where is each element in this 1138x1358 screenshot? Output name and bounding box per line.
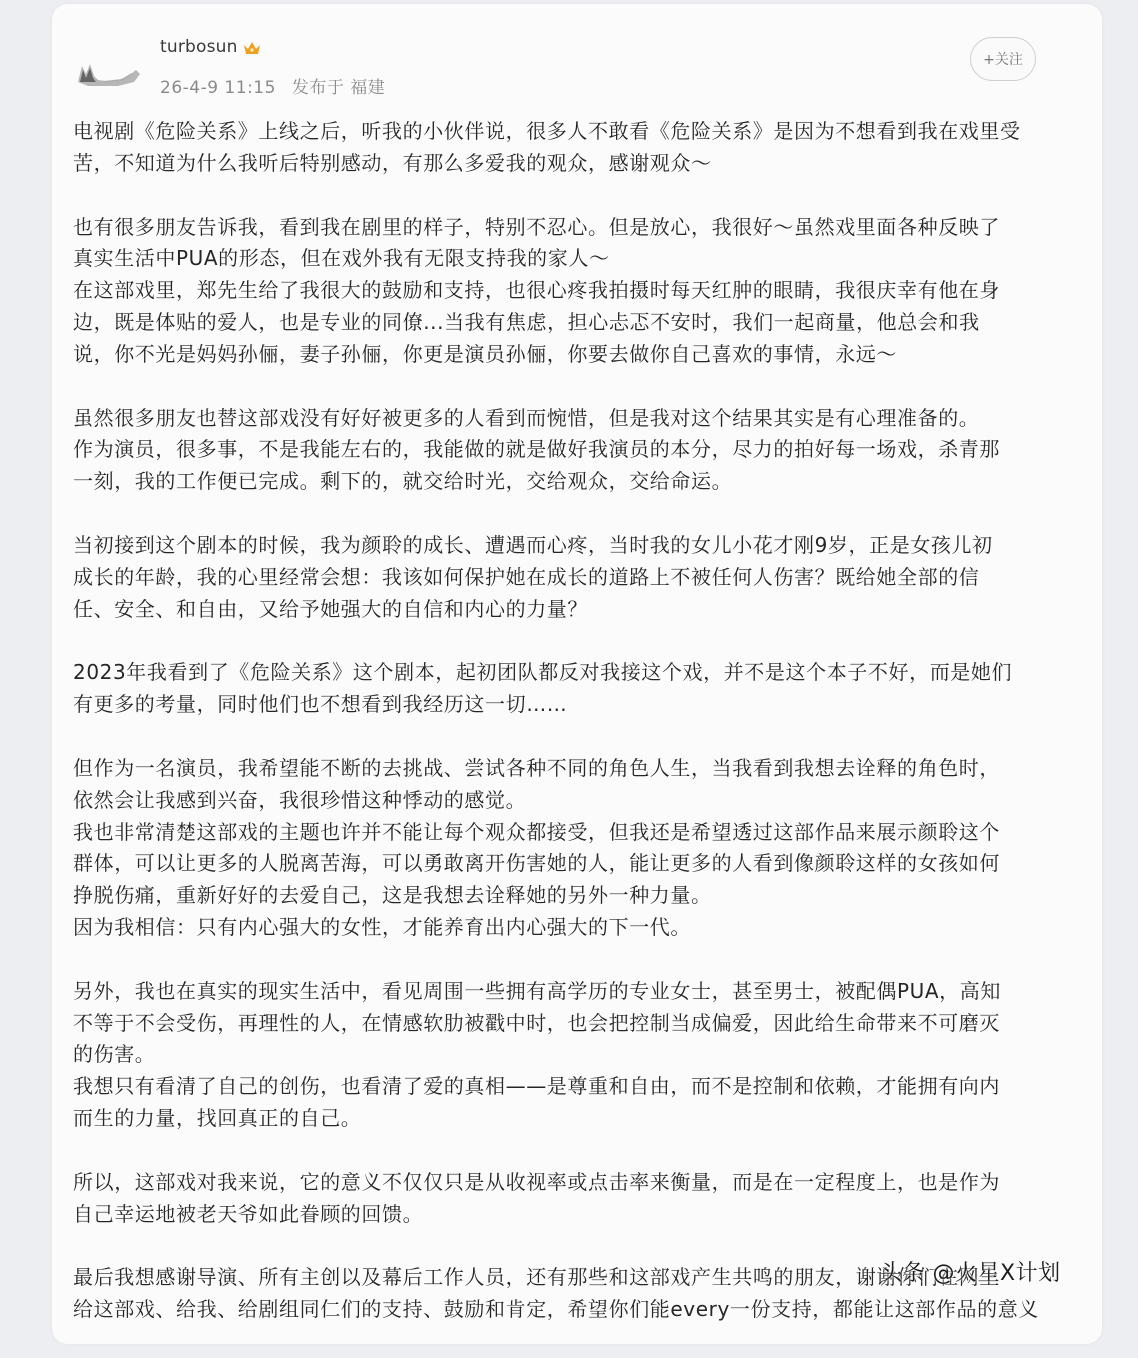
paragraph-line: 我也非常清楚这部戏的主题也许并不能让每个观众都接受，但我还是希望透过这部作品来展… <box>73 817 1073 849</box>
post-body: 电视剧《危险关系》上线之后，听我的小伙伴说，很多人不敢看《危险关系》是因为不想看… <box>73 116 1073 1312</box>
paragraph-line: 电视剧《危险关系》上线之后，听我的小伙伴说，很多人不敢看《危险关系》是因为不想看… <box>73 116 1073 148</box>
post-paragraph: 所以，这部戏对我来说，它的意义不仅仅只是从收视率或点击率来衡量，而是在一定程度上… <box>73 1167 1073 1231</box>
paragraph-line: 另外，我也在真实的现实生活中，看见周围一些拥有高学历的专业女士，甚至男士，被配偶… <box>73 976 1073 1008</box>
post-paragraph: 也有很多朋友告诉我，看到我在剧里的样子，特别不忍心。但是放心，我很好～虽然戏里面… <box>73 212 1073 371</box>
paragraph-line: 也有很多朋友告诉我，看到我在剧里的样子，特别不忍心。但是放心，我很好～虽然戏里面… <box>73 212 1073 244</box>
post-paragraph: 虽然很多朋友也替这部戏没有好好被更多的人看到而惋惜，但是我对这个结果其实是有心理… <box>73 403 1073 498</box>
paragraph-line: 而生的力量，找回真正的自己。 <box>73 1103 1073 1135</box>
paragraph-line: 真实生活中PUA的形态，但在戏外我有无限支持我的家人～ <box>73 243 1073 275</box>
paragraph-line: 给这部戏、给我、给剧组同仁们的支持、鼓励和肯定，希望你们能every一份支持，都… <box>73 1294 1073 1312</box>
post-timestamp: 26-4-9 11:15 <box>160 78 276 98</box>
paragraph-line: 依然会让我感到兴奋，我很珍惜这种悸动的感觉。 <box>73 785 1073 817</box>
paragraph-line: 自己幸运地被老天爷如此眷顾的回馈。 <box>73 1199 1073 1231</box>
paragraph-line: 所以，这部戏对我来说，它的意义不仅仅只是从收视率或点击率来衡量，而是在一定程度上… <box>73 1167 1073 1199</box>
author-username[interactable]: turbosun <box>160 37 238 57</box>
paragraph-line: 群体，可以让更多的人脱离苦海，可以勇敢离开伤害她的人，能让更多的人看到像颜聆这样… <box>73 848 1073 880</box>
paragraph-line: 苦，不知道为什么我听后特别感动，有那么多爱我的观众，感谢观众～ <box>73 148 1073 180</box>
post-meta: 26-4-9 11:15 发布于 福建 <box>160 73 395 98</box>
paragraph-line: 任、安全、和自由，又给予她强大的自信和内心的力量？ <box>73 594 1073 626</box>
paragraph-line: 成长的年龄，我的心里经常会想：我该如何保护她在成长的道路上不被任何人伤害？既给她… <box>73 562 1073 594</box>
paragraph-line: 有更多的考量，同时他们也不想看到我经历这一切…… <box>73 689 1073 721</box>
paragraph-line: 虽然很多朋友也替这部戏没有好好被更多的人看到而惋惜，但是我对这个结果其实是有心理… <box>73 403 1073 435</box>
author-name[interactable]: turbosun <box>160 37 261 57</box>
paragraph-line: 不等于不会受伤，再理性的人，在情感软肋被戳中时，也会把控制当成偏爱，因此给生命带… <box>73 1008 1073 1040</box>
avatar-image-icon <box>74 56 142 88</box>
post-paragraph: 电视剧《危险关系》上线之后，听我的小伙伴说，很多人不敢看《危险关系》是因为不想看… <box>73 116 1073 180</box>
paragraph-line: 在这部戏里，郑先生给了我很大的鼓励和支持，也很心疼我拍摄时每天红肿的眼睛，我很庆… <box>73 275 1073 307</box>
post-paragraph: 但作为一名演员，我希望能不断的去挑战、尝试各种不同的角色人生，当我看到我想去诠释… <box>73 753 1073 944</box>
post-paragraph: 2023年我看到了《危险关系》这个剧本，起初团队都反对我接这个戏，并不是这个本子… <box>73 657 1073 721</box>
post-paragraph: 另外，我也在真实的现实生活中，看见周围一些拥有高学历的专业女士，甚至男士，被配偶… <box>73 976 1073 1135</box>
paragraph-line: 2023年我看到了《危险关系》这个剧本，起初团队都反对我接这个戏，并不是这个本子… <box>73 657 1073 689</box>
post-location: 发布于 福建 <box>292 78 385 98</box>
paragraph-line: 说，你不光是妈妈孙俪，妻子孙俪，你更是演员孙俪，你要去做你自己喜欢的事情，永远～ <box>73 339 1073 371</box>
author-avatar[interactable] <box>74 56 142 88</box>
paragraph-line: 一刻，我的工作便已完成。剩下的，就交给时光，交给观众，交给命运。 <box>73 466 1073 498</box>
paragraph-line: 我想只有看清了自己的创伤，也看清了爱的真相——是尊重和自由，而不是控制和依赖，才… <box>73 1071 1073 1103</box>
paragraph-line: 的伤害。 <box>73 1039 1073 1071</box>
paragraph-line: 作为演员，很多事，不是我能左右的，我能做的就是做好我演员的本分，尽力的拍好每一场… <box>73 434 1073 466</box>
follow-button[interactable]: +关注 <box>970 37 1036 81</box>
paragraph-line: 但作为一名演员，我希望能不断的去挑战、尝试各种不同的角色人生，当我看到我想去诠释… <box>73 753 1073 785</box>
paragraph-line: 因为我相信：只有内心强大的女性，才能养育出内心强大的下一代。 <box>73 912 1073 944</box>
crown-icon <box>243 40 261 54</box>
post-paragraph: 当初接到这个剧本的时候，我为颜聆的成长、遭遇而心疼，当时我的女儿小花才刚9岁，正… <box>73 530 1073 625</box>
paragraph-line: 边，既是体贴的爱人，也是专业的同僚...当我有焦虑，担心忐忑不安时，我们一起商量… <box>73 307 1073 339</box>
weibo-post-card: turbosun 26-4-9 11:15 发布于 福建 +关注 电视剧《危险关… <box>52 4 1102 1312</box>
paragraph-line: 当初接到这个剧本的时候，我为颜聆的成长、遭遇而心疼，当时我的女儿小花才刚9岁，正… <box>73 530 1073 562</box>
watermark: 头条 @火星X计划 <box>880 1256 1061 1287</box>
paragraph-line: 挣脱伤痛，重新好好的去爱自己，这是我想去诠释她的另外一种力量。 <box>73 880 1073 912</box>
